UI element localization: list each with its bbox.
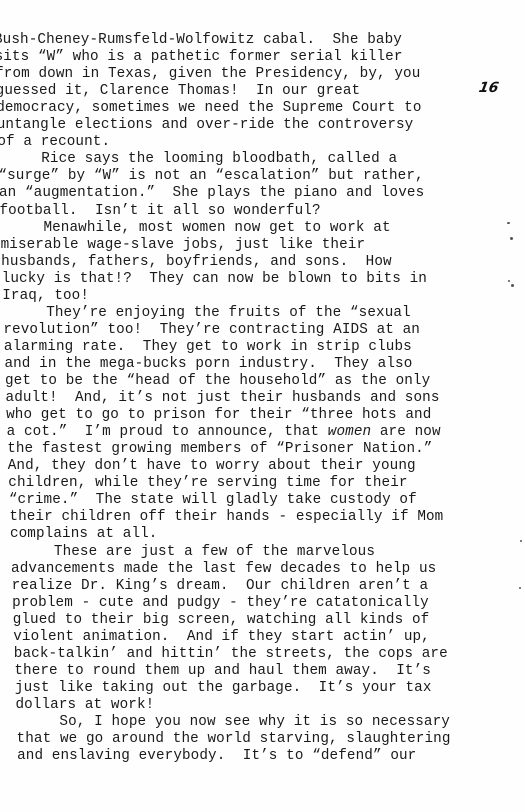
text-line: that we go around the world starving, sl… bbox=[17, 731, 451, 748]
emphasized-word: women bbox=[328, 424, 371, 440]
text-line: glued to their big screen, watching all … bbox=[13, 612, 430, 629]
text-line: miserable wage-slave jobs, just like the… bbox=[1, 237, 366, 254]
scan-speck bbox=[508, 280, 510, 282]
text-line: lucky is that!? They can now be blown to… bbox=[2, 271, 427, 288]
text-line: get to be the “head of the household” as… bbox=[5, 373, 430, 390]
text-line: sits “W” who is a pathetic former serial… bbox=[0, 49, 403, 66]
text-line: problem - cute and pudgy - they’re catat… bbox=[12, 595, 429, 612]
text-line: a cot.” I’m proud to announce, that wome… bbox=[7, 424, 441, 441]
text-line: there to round them up and haul them awa… bbox=[14, 663, 431, 680]
text-line: “surge” by “W” is not an “escalation” bu… bbox=[0, 168, 424, 185]
text-line: of a recount. bbox=[0, 134, 110, 151]
text-line: Iraq, too! bbox=[2, 288, 89, 305]
text-line: just like taking out the garbage. It’s y… bbox=[15, 680, 432, 697]
text-line: Menawhile, most women now get to work at bbox=[0, 220, 391, 237]
scan-speck bbox=[510, 237, 513, 240]
text-line: and in the mega-bucks porn industry. The… bbox=[4, 356, 412, 373]
scanned-document-page: Bush-Cheney-Rumsfeld-Wolfowitz cabal. Sh… bbox=[0, 0, 525, 812]
text-line: the fastest growing members of “Prisoner… bbox=[7, 441, 432, 458]
text-line: These are just a few of the marvelous bbox=[11, 544, 376, 561]
text-line: They’re enjoying the fruits of the “sexu… bbox=[3, 305, 411, 322]
text-line: an “augmentation.” She plays the piano a… bbox=[0, 185, 424, 202]
scan-speck bbox=[519, 587, 521, 589]
scan-speck bbox=[507, 222, 510, 224]
scan-speck bbox=[511, 284, 514, 287]
text-line: And, they don’t have to worry about thei… bbox=[8, 458, 416, 475]
text-line: alarming rate. They get to work in strip… bbox=[4, 339, 412, 356]
scan-speck bbox=[520, 540, 522, 542]
text-line: advancements made the last few decades t… bbox=[11, 561, 436, 578]
text-line: who get to go to prison for their “three… bbox=[6, 407, 431, 424]
handwritten-page-number: 16 bbox=[478, 80, 500, 96]
text-line: Bush-Cheney-Rumsfeld-Wolfowitz cabal. Sh… bbox=[0, 32, 402, 49]
text-line: dollars at work! bbox=[15, 697, 154, 714]
text-line: democracy, sometimes we need the Supreme… bbox=[0, 100, 422, 117]
text-line: from down in Texas, given the Presidency… bbox=[0, 66, 420, 83]
text-line: adult! And, it’s not just their husbands… bbox=[6, 390, 440, 407]
text-line: husbands, fathers, boyfriends, and sons.… bbox=[1, 254, 392, 271]
text-line: guessed it, Clarence Thomas! In our grea… bbox=[0, 83, 360, 100]
text-line: complains at all. bbox=[10, 526, 158, 543]
text-line: back-talkin’ and hittin’ the streets, th… bbox=[14, 646, 448, 663]
text-line: children, while they’re serving time for… bbox=[8, 475, 407, 492]
text-line: So, I hope you now see why it is so nece… bbox=[16, 714, 450, 731]
text-line: realize Dr. King’s dream. Our children a… bbox=[12, 578, 429, 595]
text-line: revolution” too! They’re contracting AID… bbox=[3, 322, 420, 339]
text-line: “crime.” The state will gladly take cust… bbox=[9, 492, 417, 509]
text-line: and enslaving everybody. It’s to “defend… bbox=[17, 748, 416, 765]
text-line: Rice says the looming bloodbath, called … bbox=[0, 151, 397, 168]
text-line: football. Isn’t it all so wonderful? bbox=[0, 203, 321, 220]
text-line: violent animation. And if they start act… bbox=[13, 629, 430, 646]
text-line: their children off their hands - especia… bbox=[9, 509, 443, 526]
text-line: untangle elections and over-ride the con… bbox=[0, 117, 413, 134]
